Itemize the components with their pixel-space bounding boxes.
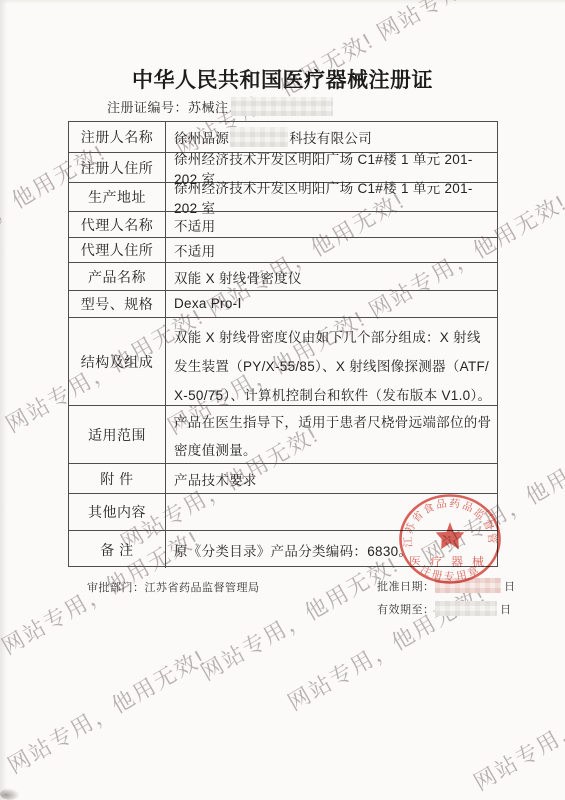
scan-smudge [0, 788, 20, 800]
table-row: 产品名称 双能 X 射线骨密度仪 [69, 263, 497, 291]
row-label: 型号、规格 [69, 291, 166, 317]
row-label: 其他内容 [69, 494, 166, 530]
row-value: 不适用 [166, 238, 497, 262]
table-row: 代理人名称 不适用 [69, 212, 497, 238]
paper-edge-shadow-left [0, 0, 7, 800]
diagonal-watermark-text: 网站专用，他用无效! [198, 553, 403, 684]
row-label: 适用范围 [69, 406, 166, 463]
row-label: 注册人名称 [69, 122, 166, 152]
registrant-name-redaction [230, 127, 288, 147]
diagonal-watermark-text: 网站专用，他用无效! [471, 663, 565, 794]
row-label: 生产地址 [69, 183, 166, 211]
valid-until-redaction [435, 601, 497, 616]
certificate-scan-page: 网站专用，他用无效! 网站专用，他用无效!网站专用，他用无效! 网站专用，他用无… [0, 0, 565, 800]
certificate-number-redaction [231, 97, 333, 116]
row-value: 不适用 [166, 212, 497, 237]
row-label: 备 注 [69, 531, 166, 568]
table-row: 生产地址 徐州经济技术开发区明阳广场 C1#楼 1 单元 201-202 室 [69, 183, 497, 212]
certificate-title: 中华人民共和国医疗器械注册证 [0, 64, 565, 94]
table-row: 型号、规格 Dexa Pro-Ⅰ [69, 291, 497, 318]
row-value: 双能 X 射线骨密度仪由如下几个部分组成：X 射线发生装置（PY/X-55/85… [166, 318, 497, 405]
valid-until-suffix: 日 [500, 604, 512, 616]
table-row: 结构及组成 双能 X 射线骨密度仪由如下几个部分组成：X 射线发生装置（PY/X… [69, 318, 497, 406]
valid-until-line: 有效期至： 日 [377, 601, 512, 617]
approval-department-label: 审批部门： [87, 582, 145, 594]
row-value: 徐州经济技术开发区明阳广场 C1#楼 1 单元 201-202 室 [166, 183, 497, 211]
approval-department-value: 江苏省药品监督管理局 [145, 582, 260, 594]
row-value: 产品在医生指导下，适用于患者尺桡骨远端部位的骨密度值测量。 [166, 406, 497, 463]
row-value: Dexa Pro-Ⅰ [166, 291, 497, 317]
row-label: 注册人住所 [69, 153, 166, 182]
row-label: 代理人住所 [69, 238, 166, 262]
row-label: 附 件 [69, 464, 166, 493]
diagonal-watermark-text: 网站专用，他用无效! [5, 646, 210, 777]
row-value: 双能 X 射线骨密度仪 [166, 263, 497, 290]
seal-star [436, 522, 465, 549]
registrant-name-suffix: 科技有限公司 [289, 127, 372, 147]
row-label: 代理人名称 [69, 212, 166, 237]
valid-until-label: 有效期至： [377, 604, 435, 616]
certificate-number-line: 注册证编号：苏械注 [107, 97, 333, 116]
approval-department-line: 审批部门：江苏省药品监督管理局 [87, 579, 260, 595]
row-label: 结构及组成 [69, 318, 166, 405]
row-label: 产品名称 [69, 263, 166, 290]
paper-edge-shadow-top [0, 0, 565, 4]
certificate-number-prefix: 苏械注 [188, 100, 229, 115]
official-seal: 江苏省食品药品监督管理局 医疗器械 注册专用章 [392, 488, 510, 592]
certificate-number-label: 注册证编号： [107, 100, 188, 115]
registrant-name-prefix: 徐州品源 [174, 127, 229, 147]
seal-center-text: 医疗器械 [409, 554, 493, 569]
table-row: 代理人住所 不适用 [69, 238, 497, 263]
table-row: 适用范围 产品在医生指导下，适用于患者尺桡骨远端部位的骨密度值测量。 [69, 406, 497, 464]
